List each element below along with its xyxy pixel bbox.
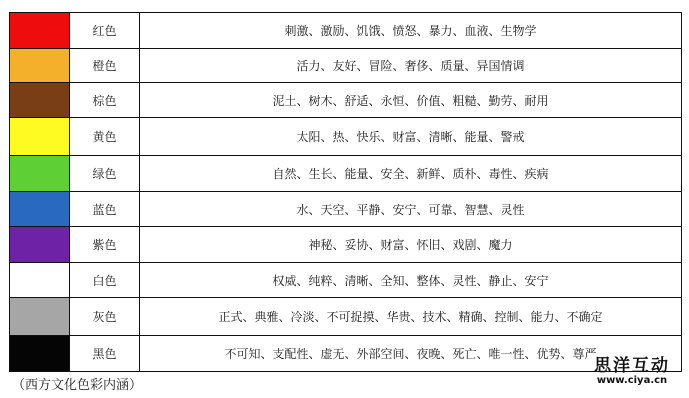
color-swatch bbox=[10, 298, 70, 336]
color-name: 棕色 bbox=[70, 83, 140, 118]
color-meanings: 泥土、树木、舒适、永恒、价值、粗糙、勤劳、耐用 bbox=[140, 83, 682, 118]
color-meanings: 神秘、妥协、财富、怀旧、戏剧、魔力 bbox=[140, 227, 682, 263]
watermark-url: www.ciya.cn bbox=[578, 376, 686, 386]
color-name: 白色 bbox=[70, 263, 140, 298]
table-caption: （西方文化色彩内涵） bbox=[12, 374, 142, 393]
color-meanings: 太阳、热、快乐、财富、清晰、能量、警戒 bbox=[140, 118, 682, 156]
color-swatch bbox=[10, 336, 70, 372]
table-row: 灰色正式、典雅、冷淡、不可捉摸、华贵、技术、精确、控制、能力、不确定 bbox=[10, 298, 682, 336]
color-name: 黄色 bbox=[70, 118, 140, 156]
color-meanings: 自然、生长、能量、安全、新鲜、质朴、毒性、疾病 bbox=[140, 156, 682, 192]
table-row: 黄色太阳、热、快乐、财富、清晰、能量、警戒 bbox=[10, 118, 682, 156]
table-row: 蓝色水、天空、平静、安宁、可靠、智慧、灵性 bbox=[10, 192, 682, 227]
color-meanings: 刺激、激励、饥饿、愤怒、暴力、血液、生物学 bbox=[140, 13, 682, 49]
color-name: 紫色 bbox=[70, 227, 140, 263]
table-row: 紫色神秘、妥协、财富、怀旧、戏剧、魔力 bbox=[10, 227, 682, 263]
watermark-logo: 思洋互动 www.ciya.cn bbox=[578, 358, 686, 386]
color-meanings: 活力、友好、冒险、奢侈、质量、异国情调 bbox=[140, 49, 682, 83]
color-name: 黑色 bbox=[70, 336, 140, 372]
table-row: 橙色活力、友好、冒险、奢侈、质量、异国情调 bbox=[10, 49, 682, 83]
table-row: 白色权威、纯粹、清晰、全知、整体、灵性、静止、安宁 bbox=[10, 263, 682, 298]
color-name: 灰色 bbox=[70, 298, 140, 336]
color-swatch bbox=[10, 83, 70, 118]
color-swatch bbox=[10, 227, 70, 263]
color-meanings: 正式、典雅、冷淡、不可捉摸、华贵、技术、精确、控制、能力、不确定 bbox=[140, 298, 682, 336]
table-row: 棕色泥土、树木、舒适、永恒、价值、粗糙、勤劳、耐用 bbox=[10, 83, 682, 118]
color-swatch bbox=[10, 263, 70, 298]
color-swatch bbox=[10, 13, 70, 49]
color-name: 绿色 bbox=[70, 156, 140, 192]
color-meanings: 水、天空、平静、安宁、可靠、智慧、灵性 bbox=[140, 192, 682, 227]
color-swatch bbox=[10, 192, 70, 227]
color-name: 蓝色 bbox=[70, 192, 140, 227]
table-row: 绿色自然、生长、能量、安全、新鲜、质朴、毒性、疾病 bbox=[10, 156, 682, 192]
watermark-title: 思洋互动 bbox=[578, 358, 686, 375]
table-row: 红色刺激、激励、饥饿、愤怒、暴力、血液、生物学 bbox=[10, 13, 682, 49]
color-meanings: 权威、纯粹、清晰、全知、整体、灵性、静止、安宁 bbox=[140, 263, 682, 298]
color-swatch bbox=[10, 49, 70, 83]
color-name: 红色 bbox=[70, 13, 140, 49]
color-meaning-table: 红色刺激、激励、饥饿、愤怒、暴力、血液、生物学橙色活力、友好、冒险、奢侈、质量、… bbox=[9, 12, 682, 372]
color-name: 橙色 bbox=[70, 49, 140, 83]
color-swatch bbox=[10, 118, 70, 156]
color-swatch bbox=[10, 156, 70, 192]
